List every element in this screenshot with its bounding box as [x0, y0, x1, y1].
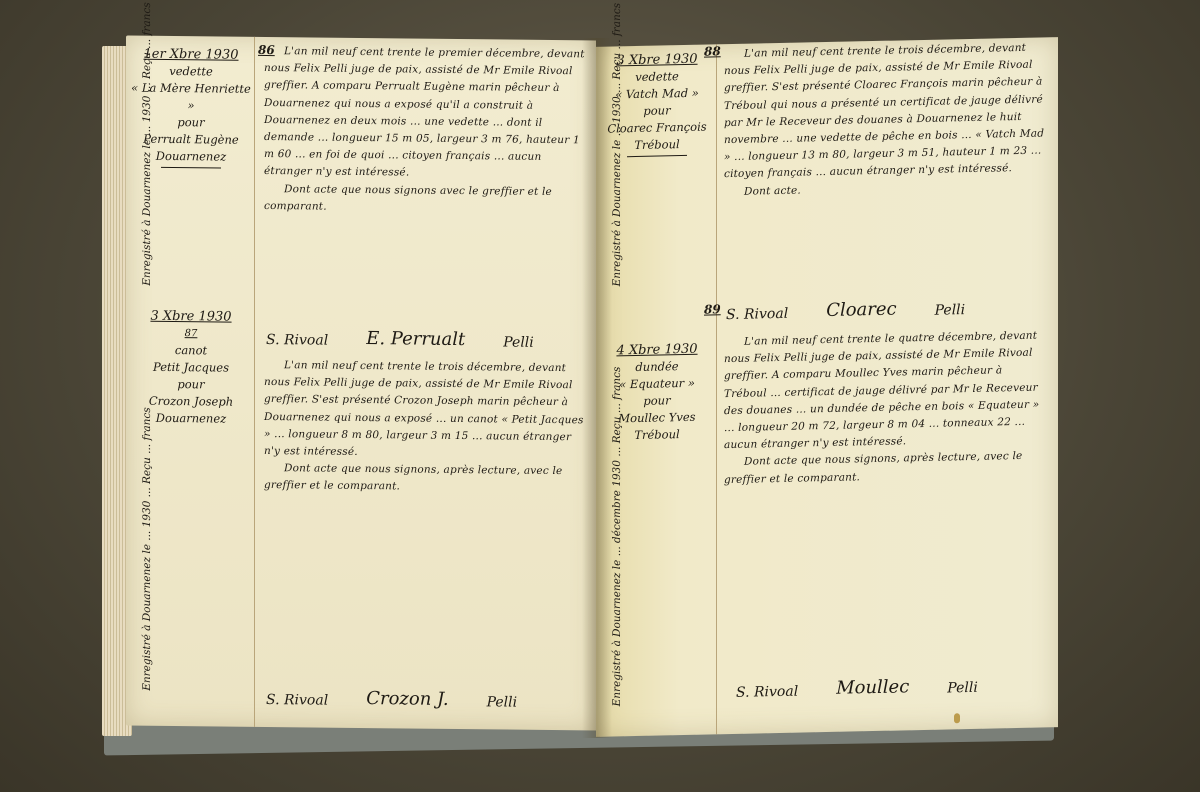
signature-comparant: Moullec: [836, 676, 909, 699]
register-entry: L'an mil neuf cent trente le quatre déce…: [724, 327, 1046, 489]
entry-closing: Dont acte que nous signons, après lectur…: [724, 448, 1046, 489]
signature-comparant: Crozon J.: [366, 688, 448, 710]
divider: [161, 167, 221, 169]
open-register-book: 86 1er Xbre 1930 vedette « La Mère Henri…: [98, 38, 1060, 746]
entry-closing: Dont acte que nous signons, après lectur…: [264, 460, 586, 498]
entry-date: 3 Xbre 1930: [130, 308, 252, 326]
signature-juge: Pelli: [935, 302, 966, 319]
signature-comparant: E. Perrualt: [366, 328, 465, 350]
signature-greffier: S. Rivoal: [266, 332, 328, 349]
entry-date: 4 Xbre 1930: [600, 340, 714, 359]
entry-text: L'an mil neuf cent trente le quatre déce…: [724, 327, 1046, 454]
margin-registration-note: Enregistré à Douarnenez le ... 1930 ... …: [610, 156, 625, 286]
register-entry: L'an mil neuf cent trente le premier déc…: [264, 43, 586, 218]
entry-text: L'an mil neuf cent trente le trois décem…: [724, 39, 1046, 183]
signatures: S. Rivoal E. Perrualt Pelli: [266, 327, 534, 351]
signatures: S. Rivoal Moullec Pelli: [736, 675, 978, 701]
register-entry: L'an mil neuf cent trente le trois décem…: [264, 357, 586, 498]
entry-number: 89: [704, 302, 721, 316]
vessel-name: Petit Jacques: [130, 359, 252, 377]
signature-juge: Pelli: [947, 680, 978, 697]
signature-greffier: S. Rivoal: [736, 684, 798, 701]
right-page: 88 3 Xbre 1930 vedette « Vatch Mad » pou…: [596, 37, 1058, 737]
register-entry: L'an mil neuf cent trente le trois décem…: [724, 39, 1046, 201]
ink-stain: [954, 713, 960, 723]
margin-registration-note: Enregistré à Douarnenez le ... 1930 ... …: [140, 491, 155, 691]
owner-prefix: pour: [130, 376, 252, 394]
signature-juge: Pelli: [503, 334, 534, 350]
signature-greffier: S. Rivoal: [266, 692, 328, 709]
signatures: S. Rivoal Crozon J. Pelli: [266, 687, 517, 711]
signatures: S. Rivoal Cloarec Pelli: [726, 297, 965, 323]
margin-registration-note: Enregistré à Douarnenez le ... décembre …: [610, 496, 625, 706]
divider: [627, 155, 687, 157]
vessel-type: canot: [130, 342, 252, 360]
signature-juge: Pelli: [487, 694, 518, 710]
entry-closing: Dont acte que nous signons avec le greff…: [264, 181, 586, 219]
entry-number: 87: [130, 325, 252, 343]
entry-text: L'an mil neuf cent trente le trois décem…: [264, 357, 586, 464]
entry-text: L'an mil neuf cent trente le premier déc…: [264, 43, 586, 184]
signature-comparant: Cloarec: [826, 299, 896, 321]
signature-greffier: S. Rivoal: [726, 306, 788, 323]
book-gutter: [582, 38, 612, 738]
margin-registration-note: Enregistré à Douarnenez le ... 1930 ... …: [140, 146, 155, 286]
left-page: 86 1er Xbre 1930 vedette « La Mère Henri…: [126, 36, 596, 731]
